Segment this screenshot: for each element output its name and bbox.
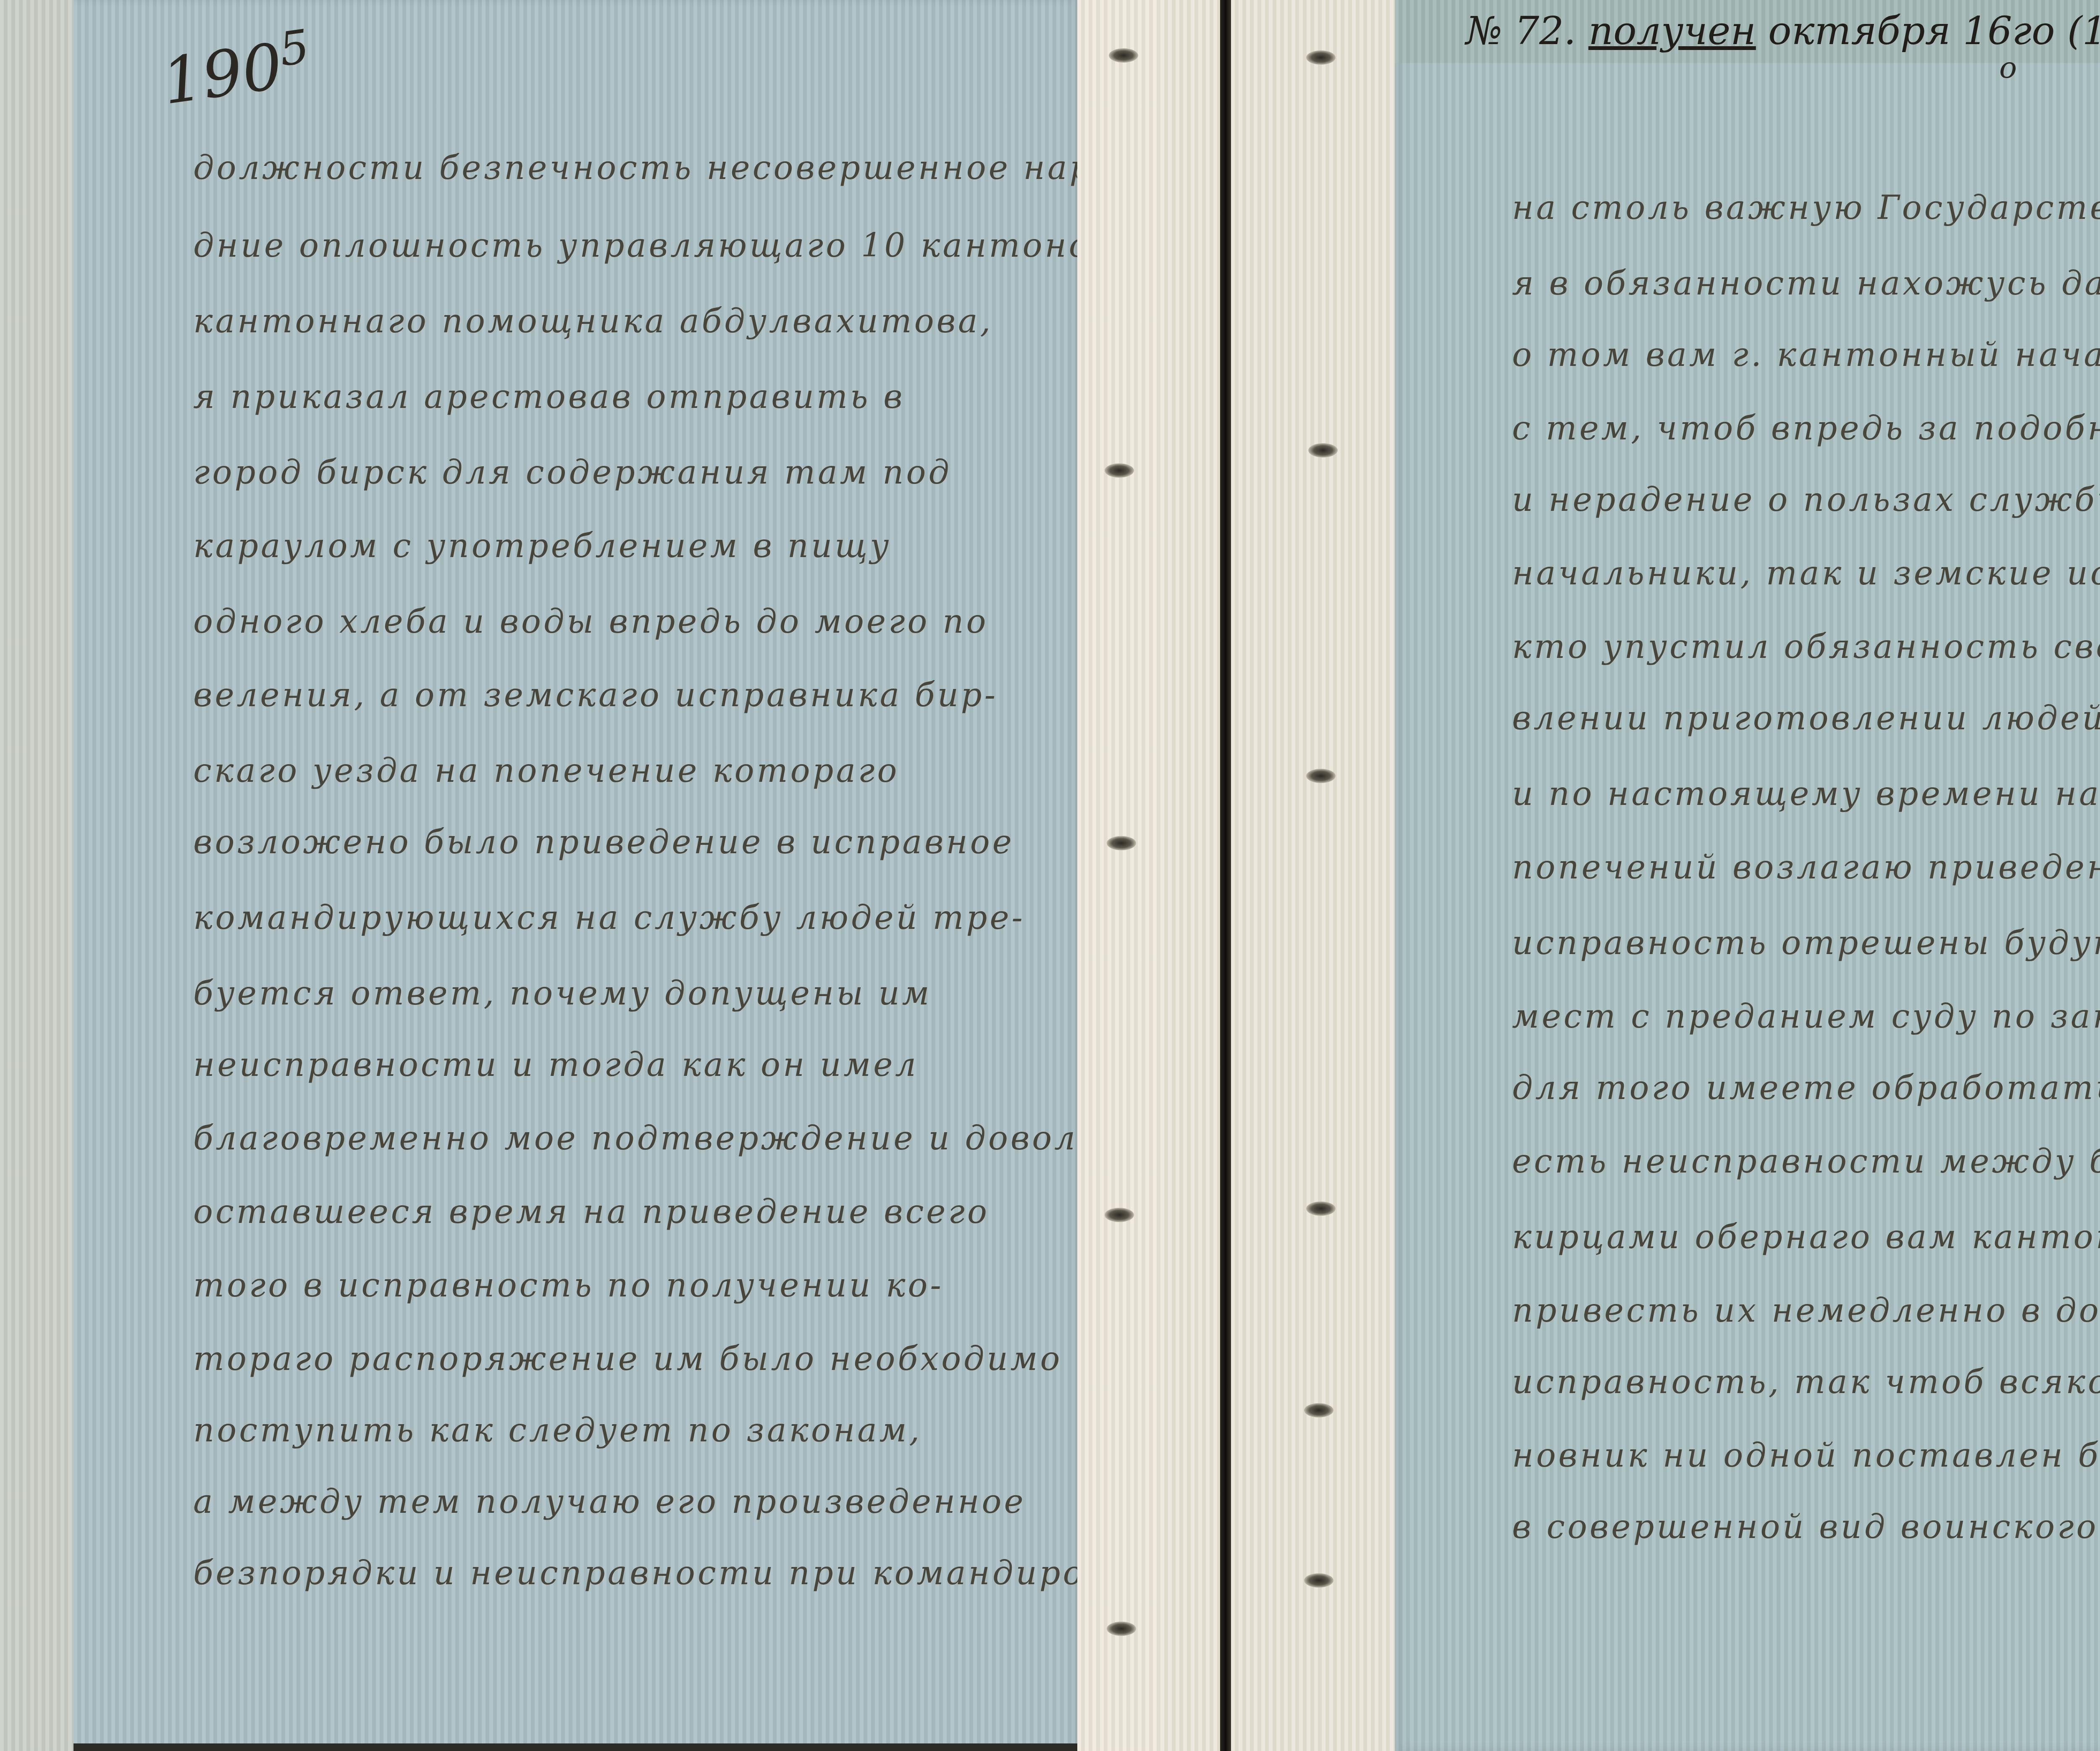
left-line-5: город бирск для содержания там под <box>193 454 952 492</box>
left-folio-mark: 1905 <box>157 19 316 119</box>
binding-hole <box>1306 769 1336 783</box>
receipt-header: № 72. получен октября 16го (1812го года) <box>1466 8 2100 53</box>
binding-hole <box>1107 1622 1136 1636</box>
right-line-14: есть неисправности между башкирцами <box>1512 1143 2100 1180</box>
previous-page-edge <box>0 0 73 1751</box>
binding-hole <box>1109 48 1138 63</box>
received-day: 16го <box>1963 8 2055 53</box>
binding-hole <box>1306 1202 1336 1216</box>
left-line-13: неисправности и тогда как он имел <box>193 1046 919 1084</box>
left-line-16: того в исправность по получении ко- <box>193 1267 944 1304</box>
binding-hole <box>1306 50 1336 65</box>
received-label: получен <box>1588 8 1756 53</box>
left-line-6: караулом с употреблением в пищу <box>193 527 891 565</box>
right-line-3: о том вам г. кантонный начальник <box>1512 336 2100 374</box>
left-line-12: буется ответ, почему допущены им <box>193 975 932 1012</box>
left-line-3: кантоннаго помощника абдулвахитова, <box>193 302 993 340</box>
received-month: октября <box>1768 8 1950 53</box>
binding-hole <box>1107 836 1136 850</box>
left-line-9: скаго уезда на попечение котораго <box>193 752 899 790</box>
left-line-10: возложено было приведение в исправное <box>193 823 1014 861</box>
left-line-8: веления, а от земскаго исправника бир- <box>193 676 998 714</box>
right-line-2: я в обязанности нахожусь дать знать <box>1512 265 2100 302</box>
left-folio-number: 190 <box>158 30 287 119</box>
binding-hole <box>1304 1573 1333 1588</box>
left-line-7: одного хлеба и воды впредь до моего по <box>193 603 989 641</box>
page-bottom-shadow <box>73 1743 1077 1751</box>
right-line-16: привесть их немедленно в должную <box>1512 1292 2100 1330</box>
left-line-18: поступить как следует по законам, <box>193 1412 922 1449</box>
left-line-14: благовременно мое подтверждение и доволь… <box>193 1120 1166 1157</box>
right-line-5: и нерадение о пользах службы как подчине… <box>1512 481 2100 519</box>
binding-strip-right <box>1231 0 1395 1751</box>
left-line-2: дние оплошность управляющаго 10 кантоном <box>193 227 1121 265</box>
binding-hole <box>1308 443 1338 457</box>
left-line-1: должности безпечность несовершенное нара… <box>193 149 1129 187</box>
left-line-19: а между тем получаю его произведенное <box>193 1483 1026 1521</box>
right-line-19: в совершенной вид воинского готовно <box>1512 1508 2100 1546</box>
binding-gutter <box>1220 0 1231 1751</box>
right-line-11: исправность отрешены будут от <box>1512 924 2100 962</box>
received-year: (1812го года) <box>2067 8 2100 53</box>
right-line-10: попечений возлагаю приведение всего, в <box>1512 849 2100 886</box>
right-line-13: для того имеете обработать какие <box>1512 1069 2100 1107</box>
record-number: № 72. <box>1466 8 1576 53</box>
document-spread: 1905 должности безпечность несовершенное… <box>0 0 2100 1751</box>
right-line-6: начальники, так и земские исправники <box>1512 555 2100 592</box>
binding-strip-inner <box>1077 0 1161 1751</box>
binding-hole <box>1105 1208 1134 1222</box>
left-line-17: тораго распоряжение им было необходимо <box>193 1340 1062 1378</box>
right-line-8: влении приготовлении людей, так как <box>1512 699 2100 737</box>
binding-hole <box>1304 1403 1333 1417</box>
right-line-9: и по настоящему времени наших военных <box>1512 775 2100 813</box>
right-line-15: кирцами обернаго вам кантона <box>1512 1218 2100 1256</box>
right-line-12: мест с преданием суду по законам, <box>1512 998 2100 1036</box>
header-sub-mark: о <box>1999 50 2017 85</box>
right-line-4: с тем, чтоб впредь за подобные упущения <box>1512 410 2100 447</box>
left-line-15: оставшееся время на приведение всего <box>193 1193 990 1231</box>
right-line-18: новник ни одной поставлен был <box>1512 1437 2100 1475</box>
right-line-7: кто упустил обязанность свою в испра- <box>1512 628 2100 666</box>
binding-hole <box>1105 463 1134 478</box>
left-line-11: командирующихся на службу людей тре- <box>193 899 1025 937</box>
left-line-20: безпорядки и неисправности при командиро… <box>193 1554 1200 1592</box>
right-line-1: на столь важную Государственную службу <box>1512 189 2100 227</box>
left-line-4: я приказал арестовав отправить в <box>193 378 905 416</box>
right-line-17: исправность, так чтоб всякой чи- <box>1512 1363 2100 1401</box>
binding-strip-left <box>1077 0 1220 1751</box>
